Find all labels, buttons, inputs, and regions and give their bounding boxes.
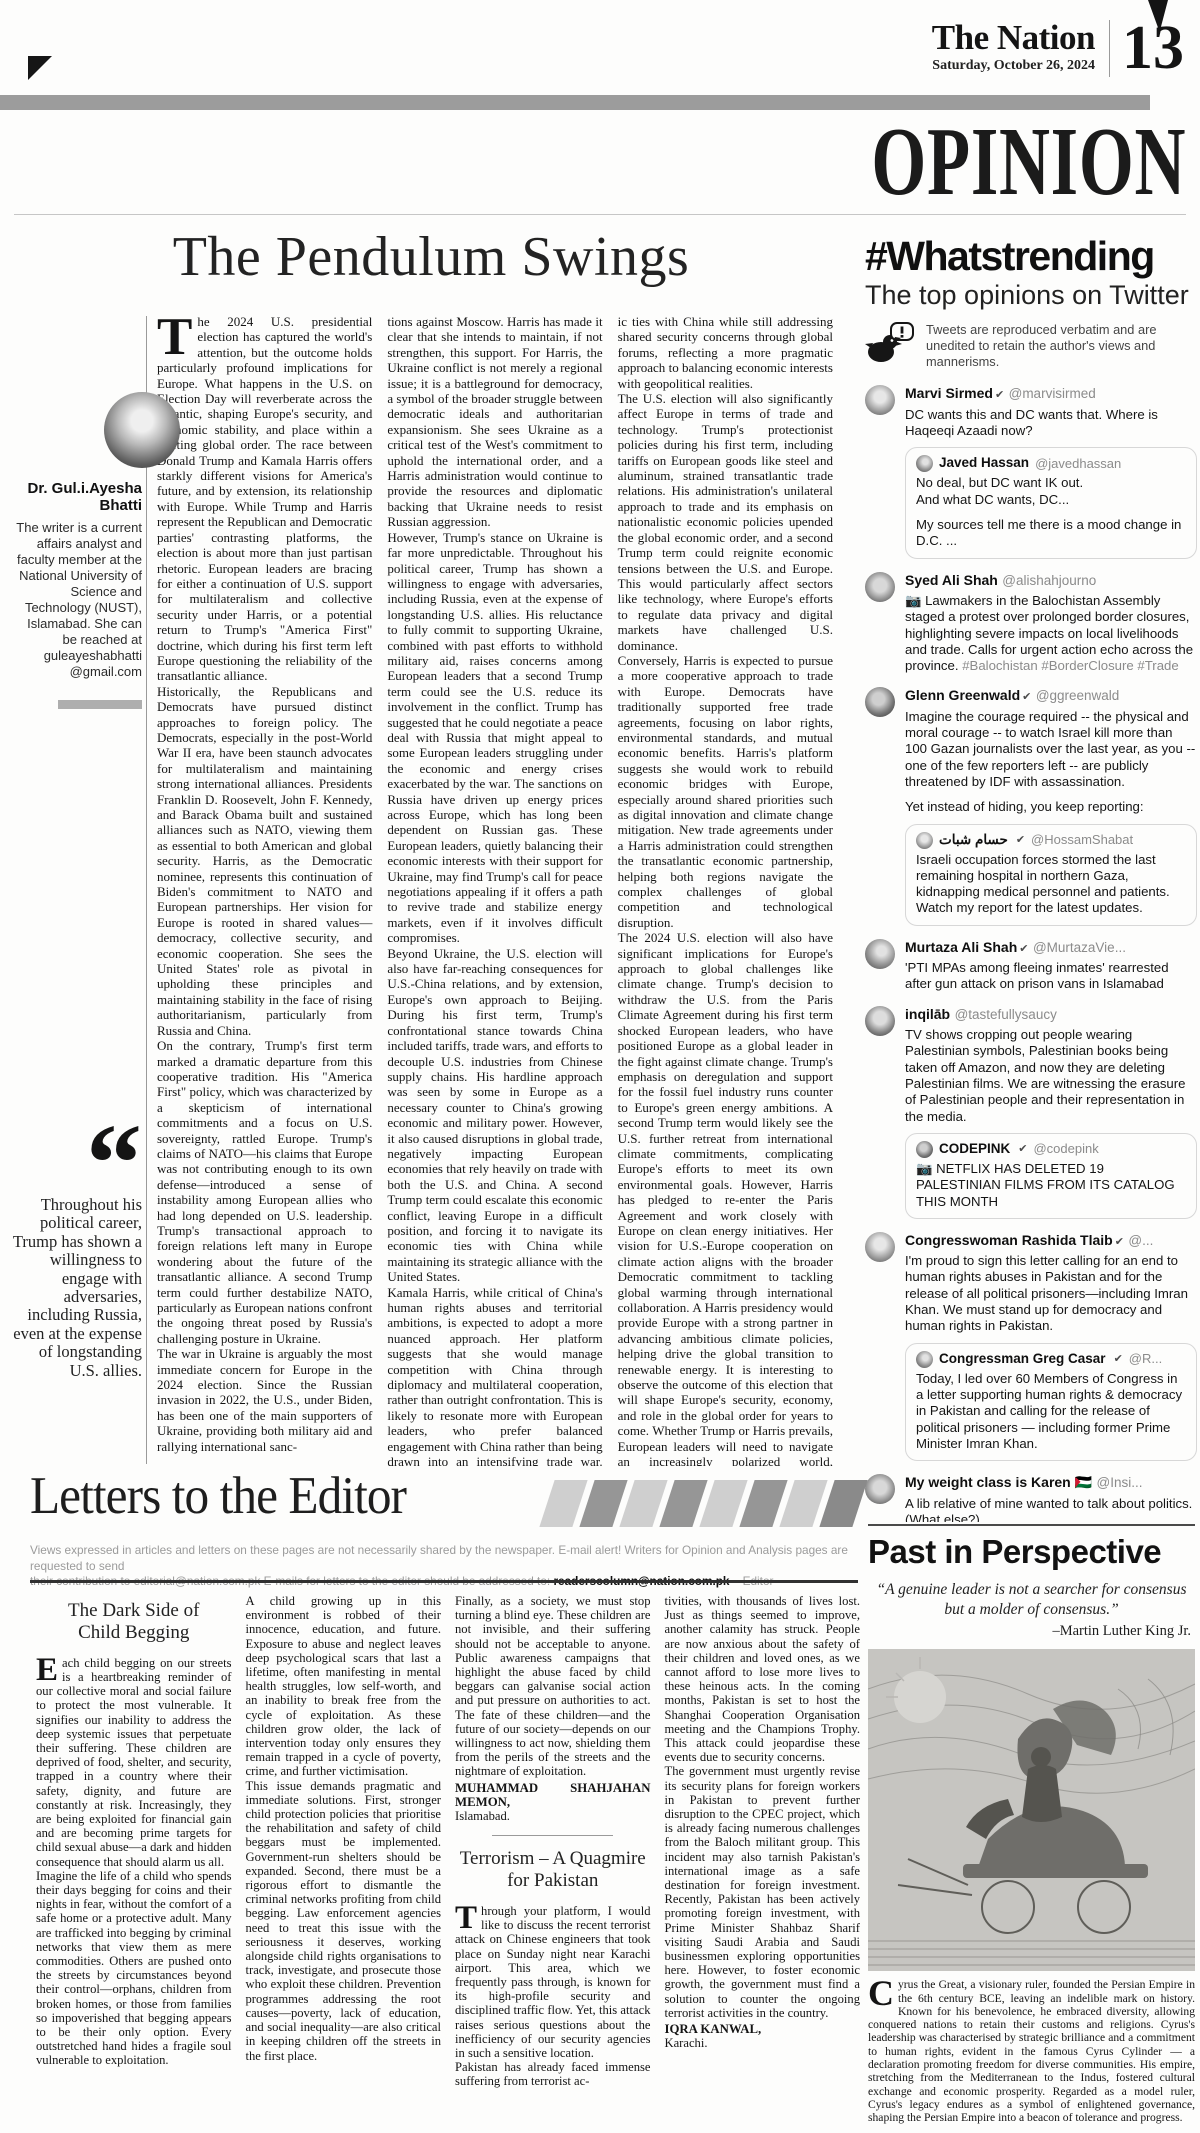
letter-column-4: tivities, with thousands of lives lost. … [665, 1594, 861, 2128]
tweet-author: Marvi Sirmed [905, 385, 993, 401]
author-photo [104, 392, 180, 468]
page-number: 13 [1110, 20, 1184, 77]
tweet-handle: @tastefullysaucy [955, 1007, 1057, 1022]
tweet-handle: @codepink [1033, 1142, 1098, 1156]
letter-signature: IQRA KANWAL, Karachi. [665, 2022, 861, 2050]
tweet-handle: @R... [1129, 1352, 1162, 1366]
tweet-text: TV shows cropping out people wearing Pal… [905, 1027, 1197, 1125]
quoted-tweet: حسام شبات✔ @HossamShabatIsraeli occupati… [905, 824, 1197, 926]
column-rule [146, 316, 147, 1464]
tweet-author: CODEPINK [939, 1142, 1010, 1157]
tweet-author: My weight class is Karen 🇵🇸 [905, 1474, 1092, 1490]
verified-icon: ✔ [1115, 1236, 1124, 1248]
drop-cap: E [36, 1656, 62, 1683]
letter-text: Finally, as a society, we must stop turn… [455, 1594, 651, 1779]
whatstrending-subtitle: The top opinions on Twitter [865, 281, 1197, 309]
tweet-author: Congresswoman Rashida Tlaib [905, 1232, 1113, 1248]
letters-header: Letters to the Editor [30, 1462, 860, 1540]
tweet-handle: @MurtazaVie... [1033, 940, 1126, 955]
tweet-text: A lib relative of mine wanted to talk ab… [905, 1496, 1197, 1522]
bio-underline [58, 700, 142, 709]
tweet: Glenn Greenwald✔ @ggreenwaldImagine the … [865, 687, 1197, 925]
newspaper-page: The Nation Saturday, October 26, 2024 13… [0, 0, 1200, 2133]
quoted-tweet-text: My sources tell me there is a mood chang… [916, 517, 1186, 550]
tweet-handle: @... [1128, 1233, 1153, 1248]
tweet-author: حسام شبات [939, 833, 1008, 848]
tweet-handle: @javedhassan [1035, 457, 1121, 471]
corner-triangle-icon [28, 56, 52, 80]
signature-city: Islamabad. [455, 1809, 651, 1823]
avatar [865, 939, 895, 969]
article-column-2: tions against Moscow. Harris has made it… [387, 314, 602, 1466]
tweet-text: 📷 Lawmakers in the Balochistan Assembly … [905, 593, 1197, 674]
pull-quote: Throughout his political career, Trump h… [10, 1196, 142, 1380]
author-bio: The writer is a current affairs analyst … [14, 520, 142, 680]
tweet-handle: @alishahjourno [1002, 573, 1096, 588]
letter-text: ach child begging on our streets is a he… [36, 1656, 232, 2068]
whatstrending-title: #Whatstrending [865, 236, 1197, 277]
whatstrending-sidebar: #Whatstrending The top opinions on Twitt… [865, 236, 1197, 1522]
verified-icon: ✔ [1114, 1353, 1123, 1365]
tweet: Syed Ali Shah @alishahjourno📷 Lawmakers … [865, 572, 1197, 675]
drop-cap: T [455, 1904, 481, 1931]
issue-date: Saturday, October 26, 2024 [932, 58, 1095, 74]
tweet-text: 'PTI MPAs among fleeing inmates' rearres… [905, 960, 1197, 993]
tweet-author: Glenn Greenwald [905, 687, 1020, 703]
section-title: OPINION [871, 116, 1186, 209]
divider [30, 1580, 858, 1583]
tweet-list: Marvi Sirmed✔ @marvisirmedDC wants this … [865, 385, 1197, 1522]
verified-icon: ✔ [1019, 943, 1028, 955]
avatar [916, 455, 933, 472]
divider [14, 214, 1186, 215]
drop-cap: T [157, 314, 197, 358]
signature-name: IQRA KANWAL, [665, 2022, 861, 2036]
avatar [865, 572, 895, 602]
article-text: he 2024 U.S. presidential election has c… [157, 314, 372, 1454]
avatar [865, 1006, 895, 1036]
deco-parallelogram [819, 1480, 867, 1527]
letters-intro: Views expressed in articles and letters … [30, 1543, 860, 1590]
engraving-image [868, 1649, 1195, 1971]
letters-body: The Dark Side of Child Begging Each chil… [36, 1594, 860, 2128]
tweet-handle: @Insi... [1097, 1475, 1143, 1490]
twitter-bird-icon [865, 322, 917, 371]
past-text: yrus the Great, a visionary ruler, found… [868, 1978, 1195, 2124]
verified-icon: ✔ [1022, 691, 1031, 703]
article-column-1: The 2024 U.S. presidential election has … [157, 314, 372, 1466]
letters-title: Letters to the Editor [30, 1462, 406, 1531]
drop-cap: C [868, 1978, 898, 2007]
avatar [916, 832, 933, 849]
tweet-handle: @ggreenwald [1036, 688, 1120, 703]
letter-heading: Terrorism – A Quagmire for Pakistan [455, 1848, 651, 1892]
deco-stripe [547, 1480, 860, 1527]
signature-city: Karachi. [665, 2036, 861, 2050]
letter-heading: The Dark Side of Child Begging [36, 1600, 232, 1644]
verified-icon: ✔ [1018, 1143, 1027, 1155]
tweet-handle: @marvisirmed [1009, 386, 1096, 401]
past-in-perspective: Past in Perspective “A genuine leader is… [868, 1524, 1195, 2133]
tweet-author: inqilāb [905, 1006, 950, 1022]
tweet-author: Congressman Greg Casar [939, 1352, 1106, 1367]
past-attribution: –Martin Luther King Jr. [868, 1623, 1195, 1640]
quoted-tweet: CODEPINK✔ @codepink📷 NETFLIX HAS DELETED… [905, 1133, 1197, 1219]
intro-line-1: Views expressed in articles and letters … [30, 1543, 848, 1573]
tweet: Marvi Sirmed✔ @marvisirmedDC wants this … [865, 385, 1197, 558]
past-body: Cyrus the Great, a visionary ruler, foun… [868, 1978, 1195, 2124]
letter-column-3: Finally, as a society, we must stop turn… [455, 1594, 651, 2128]
quoted-tweet-text: No deal, but DC want IK out.And what DC … [916, 475, 1186, 508]
verified-icon: ✔ [995, 389, 1004, 401]
tweet-text: Yet instead of hiding, you keep reportin… [905, 799, 1197, 815]
avatar [916, 1351, 933, 1368]
article-column-3: ic ties with China while still addressin… [618, 314, 833, 1466]
divider [868, 1524, 1195, 1526]
avatar [865, 1474, 895, 1504]
letter-text: hrough your platform, I would like to di… [455, 1904, 651, 2088]
tweet: inqilāb @tastefullysaucyTV shows croppin… [865, 1006, 1197, 1219]
avatar [865, 1232, 895, 1262]
letter-column-2: A child growing up in this environment i… [246, 1594, 442, 2128]
tweet-author: Murtaza Ali Shah [905, 939, 1017, 955]
quoted-tweet-text: 📷 NETFLIX HAS DELETED 19 PALESTINIAN FIL… [916, 1161, 1186, 1210]
letter-signature: MUHAMMAD SHAHJAHAN MEMON, Islamabad. [455, 1781, 651, 1824]
verified-icon: ✔ [1016, 834, 1025, 846]
tweet: Congresswoman Rashida Tlaib✔ @...I'm pro… [865, 1232, 1197, 1461]
tweet-text: DC wants this and DC wants that. Where i… [905, 407, 1197, 440]
masthead-title: The Nation [932, 20, 1095, 55]
article-title: The Pendulum Swings [148, 228, 714, 287]
quoted-tweet: Congressman Greg Casar✔ @R...Today, I le… [905, 1343, 1197, 1461]
letter-text: A child growing up in this environment i… [246, 1594, 442, 2063]
signature-name: MUHAMMAD SHAHJAHAN MEMON, [455, 1781, 651, 1809]
tweet-author: Syed Ali Shah [905, 572, 998, 588]
quoted-tweet: Javed Hassan @javedhassanNo deal, but DC… [905, 447, 1197, 558]
avatar [865, 385, 895, 415]
tweet: My weight class is Karen 🇵🇸 @Insi...A li… [865, 1474, 1197, 1522]
tweet-text: Imagine the courage required -- the phys… [905, 709, 1197, 790]
quoted-tweet-text: Today, I led over 60 Members of Congress… [916, 1371, 1186, 1452]
tweet-author: Javed Hassan [939, 456, 1029, 471]
past-quote: “A genuine leader is not a searcher for … [868, 1580, 1195, 1620]
disclaimer-text: Tweets are reproduced verbatim and are u… [926, 322, 1164, 370]
avatar [865, 687, 895, 717]
letter-text: tivities, with thousands of lives lost. … [665, 1594, 861, 2020]
quoted-tweet-text: Israeli occupation forces stormed the la… [916, 852, 1186, 917]
tweet-text: I'm proud to sign this letter calling fo… [905, 1253, 1197, 1334]
past-title: Past in Perspective [868, 1535, 1195, 1568]
author-name: Dr. Gul.i.Ayesha Bhatti [14, 480, 142, 515]
tweet-handle: @HossamShabat [1031, 833, 1133, 847]
article-body: The 2024 U.S. presidential election has … [157, 314, 833, 1466]
avatar [916, 1141, 933, 1158]
disclaimer: Tweets are reproduced verbatim and are u… [865, 322, 1197, 371]
masthead: The Nation Saturday, October 26, 2024 13 [932, 20, 1184, 77]
letter-column-1: The Dark Side of Child Begging Each chil… [36, 1594, 232, 2128]
tweet: Murtaza Ali Shah✔ @MurtazaVie...'PTI MPA… [865, 939, 1197, 993]
divider [492, 1835, 613, 1836]
